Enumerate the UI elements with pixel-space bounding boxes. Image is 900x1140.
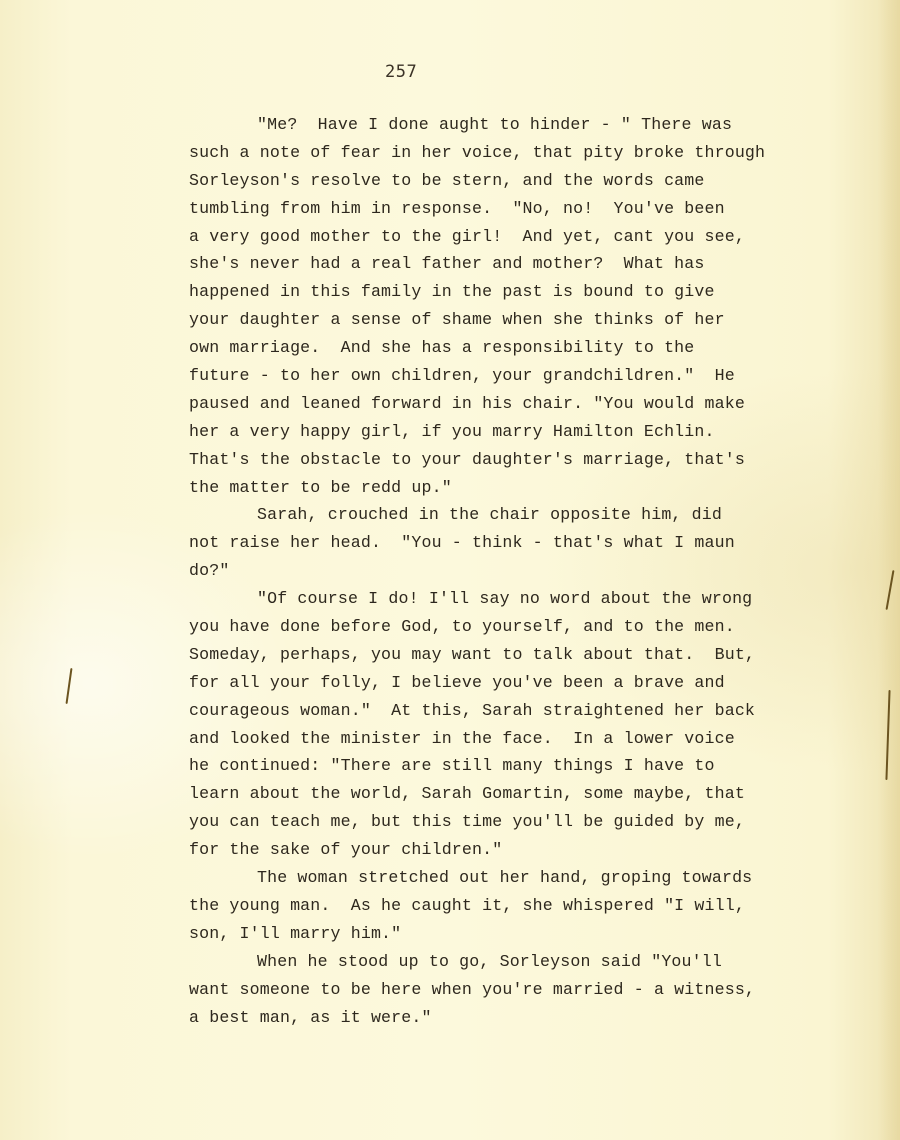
text-line: for all your folly, I believe you've bee… bbox=[189, 669, 889, 697]
text-line: your daughter a sense of shame when she … bbox=[189, 306, 889, 334]
text-line: courageous woman." At this, Sarah straig… bbox=[189, 697, 889, 725]
text-line: happened in this family in the past is b… bbox=[189, 278, 889, 306]
text-line: her a very happy girl, if you marry Hami… bbox=[189, 418, 889, 446]
text-line: When he stood up to go, Sorleyson said "… bbox=[189, 948, 889, 976]
text-line: son, I'll marry him." bbox=[189, 920, 889, 948]
text-line: she's never had a real father and mother… bbox=[189, 250, 889, 278]
text-line: "Of course I do! I'll say no word about … bbox=[189, 585, 889, 613]
text-line: learn about the world, Sarah Gomartin, s… bbox=[189, 780, 889, 808]
text-line: a best man, as it were." bbox=[189, 1004, 889, 1032]
text-line: paused and leaned forward in his chair. … bbox=[189, 390, 889, 418]
text-line: future - to her own children, your grand… bbox=[189, 362, 889, 390]
text-line: not raise her head. "You - think - that'… bbox=[189, 529, 889, 557]
text-line: tumbling from him in response. "No, no! … bbox=[189, 195, 889, 223]
text-line: Sarah, crouched in the chair opposite hi… bbox=[189, 501, 889, 529]
text-line: own marriage. And she has a responsibili… bbox=[189, 334, 889, 362]
text-line: "Me? Have I done aught to hinder - " The… bbox=[189, 111, 889, 139]
text-line: for the sake of your children." bbox=[189, 836, 889, 864]
text-line: The woman stretched out her hand, gropin… bbox=[189, 864, 889, 892]
text-line: a very good mother to the girl! And yet,… bbox=[189, 223, 889, 251]
text-line: Sorleyson's resolve to be stern, and the… bbox=[189, 167, 889, 195]
text-line: you can teach me, but this time you'll b… bbox=[189, 808, 889, 836]
text-line: such a note of fear in her voice, that p… bbox=[189, 139, 889, 167]
text-line: and looked the minister in the face. In … bbox=[189, 725, 889, 753]
text-line: you have done before God, to yourself, a… bbox=[189, 613, 889, 641]
text-line: do?" bbox=[189, 557, 889, 585]
text-line: the matter to be redd up." bbox=[189, 474, 889, 502]
manuscript-body: "Me? Have I done aught to hinder - " The… bbox=[189, 111, 889, 1031]
page-number: 257 bbox=[385, 62, 417, 82]
text-line: Someday, perhaps, you may want to talk a… bbox=[189, 641, 889, 669]
text-line: he continued: "There are still many thin… bbox=[189, 752, 889, 780]
text-line: That's the obstacle to your daughter's m… bbox=[189, 446, 889, 474]
text-line: want someone to be here when you're marr… bbox=[189, 976, 889, 1004]
text-line: the young man. As he caught it, she whis… bbox=[189, 892, 889, 920]
